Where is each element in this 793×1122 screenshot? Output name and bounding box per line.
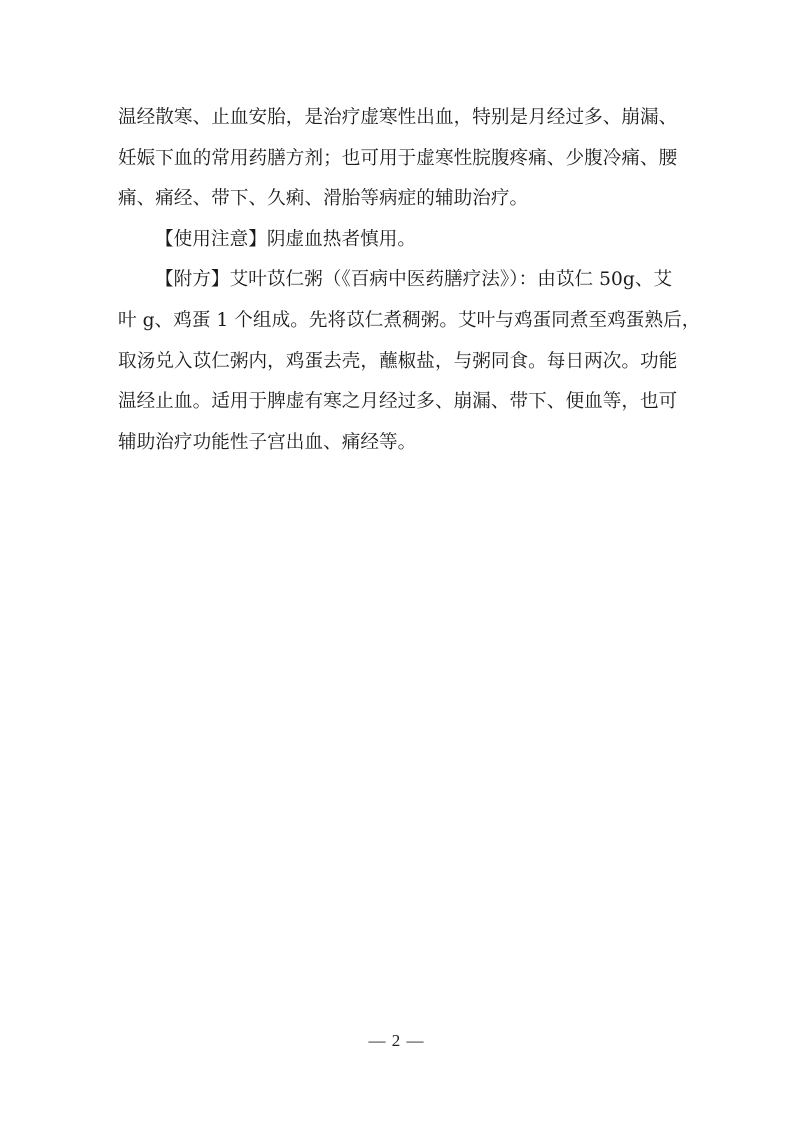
text-line: 取汤兑入苡仁粥内，鸡蛋去壳，蘸椒盐，与粥同食。每日两次。功能	[118, 342, 678, 383]
paragraph-usage-notes: 【使用注意】阴虚血热者慎用。	[118, 220, 678, 261]
paragraph-appendix-recipe: 【附方】艾叶苡仁粥（《百病中医药膳疗法》）：由苡仁 50g、艾 叶 g、鸡蛋 1…	[118, 260, 678, 463]
text-line: 【附方】艾叶苡仁粥（《百病中医药膳疗法》）：由苡仁 50g、艾	[118, 260, 678, 301]
text-line: 【使用注意】阴虚血热者慎用。	[118, 220, 678, 261]
text-line: 温经散寒、止血安胎，是治疗虚寒性出血，特别是月经过多、崩漏、	[118, 98, 678, 139]
document-body: 温经散寒、止血安胎，是治疗虚寒性出血，特别是月经过多、崩漏、 妊娠下血的常用药膳…	[118, 98, 678, 463]
text-line: 辅助治疗功能性子宫出血、痛经等。	[118, 423, 678, 464]
paragraph-continuation: 温经散寒、止血安胎，是治疗虚寒性出血，特别是月经过多、崩漏、 妊娠下血的常用药膳…	[118, 98, 678, 220]
page-number: — 2 —	[0, 1029, 793, 1053]
text-line: 温经止血。适用于脾虚有寒之月经过多、崩漏、带下、便血等，也可	[118, 382, 678, 423]
text-line: 妊娠下血的常用药膳方剂；也可用于虚寒性脘腹疼痛、少腹冷痛、腰	[118, 139, 678, 180]
text-line: 痛、痛经、带下、久痢、滑胎等病症的辅助治疗。	[118, 179, 678, 220]
text-line: 叶 g、鸡蛋 1 个组成。先将苡仁煮稠粥。艾叶与鸡蛋同煮至鸡蛋熟后，	[118, 301, 678, 342]
